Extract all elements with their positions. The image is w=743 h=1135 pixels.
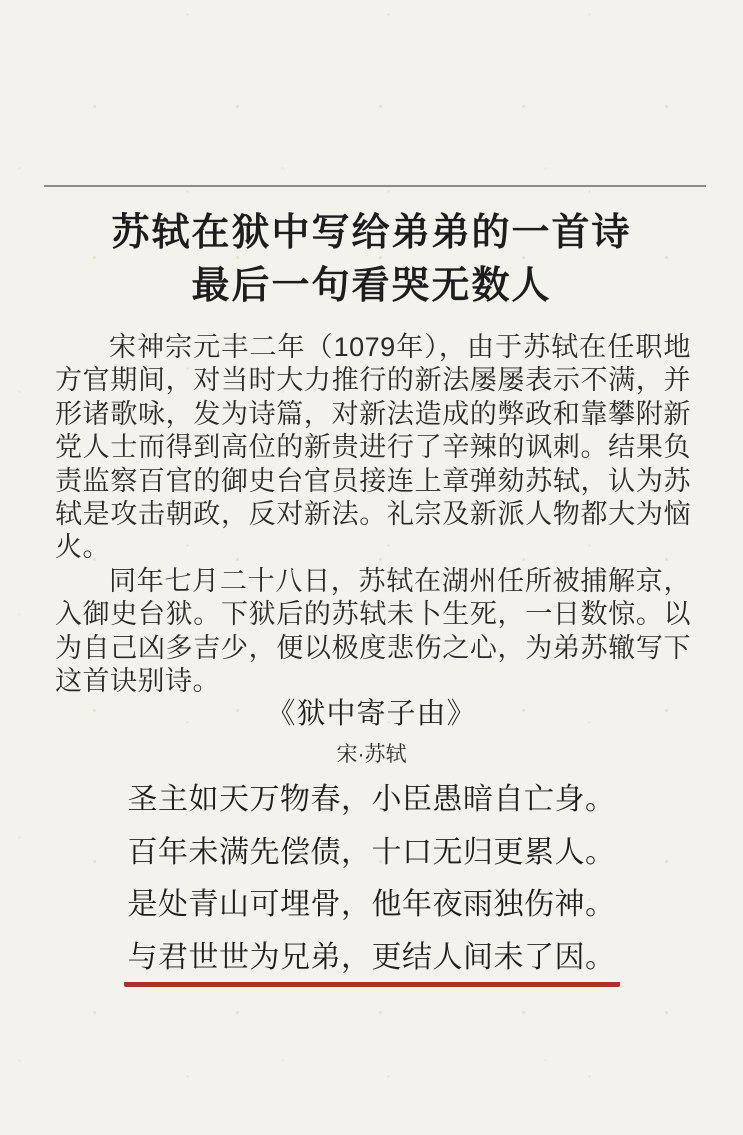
poem-line-4-underlined: 与君世世为兄弟，更结人间未了因。 [0, 932, 743, 987]
poem-line-4-text: 与君世世为兄弟，更结人间未了因。 [124, 939, 620, 987]
poem-body: 圣主如天万物春，小臣愚暗自亡身。 百年未满先偿债，十口无归更累人。 是处青山可埋… [0, 774, 743, 987]
article-title-line2: 最后一句看哭无数人 [0, 260, 743, 313]
article-paragraph-1: 宋神宗元丰二年（1079年），由于苏轼在任职地方官期间，对当时大力推行的新法屡屡… [55, 331, 691, 565]
poem-line-2: 百年未满先偿债，十口无归更累人。 [0, 827, 743, 880]
article-title: 苏轼在狱中写给弟弟的一首诗 最后一句看哭无数人 [0, 207, 743, 313]
paper-page: 苏轼在狱中写给弟弟的一首诗 最后一句看哭无数人 宋神宗元丰二年（1079年），由… [0, 0, 743, 1135]
poem-line-3: 是处青山可埋骨，他年夜雨独伤神。 [0, 879, 743, 932]
poem-author: 宋·苏轼 [0, 738, 743, 768]
top-divider-line [44, 185, 706, 187]
article-title-line1: 苏轼在狱中写给弟弟的一首诗 [0, 207, 743, 260]
article-paragraph-2: 同年七月二十八日，苏轼在湖州任所被捕解京，入御史台狱。下狱后的苏轼未卜生死，一日… [55, 565, 691, 699]
poem-line-1: 圣主如天万物春，小臣愚暗自亡身。 [0, 774, 743, 827]
article-body: 宋神宗元丰二年（1079年），由于苏轼在任职地方官期间，对当时大力推行的新法屡屡… [55, 331, 691, 698]
poem-title: 《狱中寄子由》 [0, 691, 743, 732]
